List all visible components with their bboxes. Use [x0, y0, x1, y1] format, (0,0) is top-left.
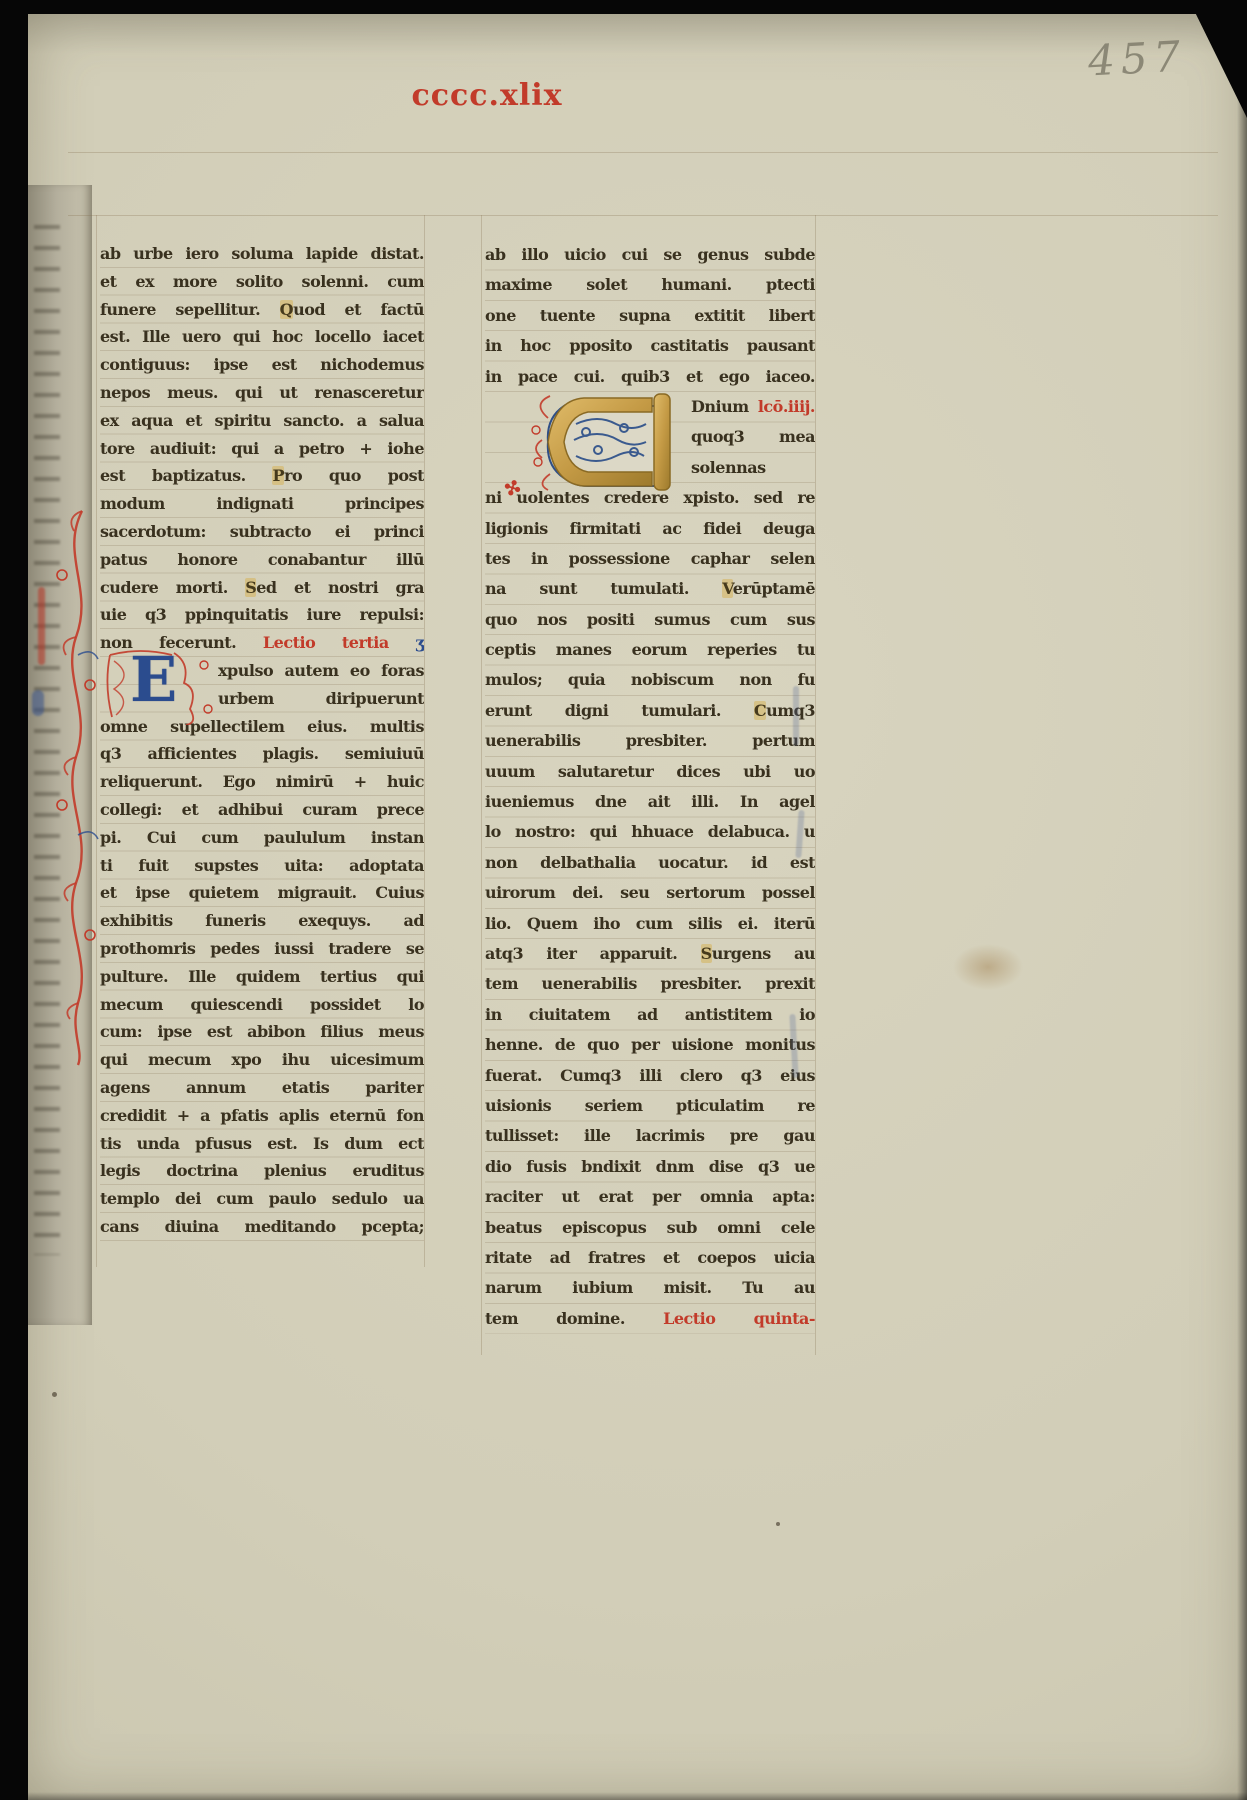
body-text: uenerabilis presbiter. pertum	[485, 731, 815, 750]
text-line: reliquerunt. Ego nimirū + huic	[100, 768, 424, 796]
text-line: cudere morti. Sed et nostri gra	[100, 574, 424, 602]
body-text: tem uenerabilis presbiter. prexit	[485, 974, 815, 993]
text-line: henne. de quo per uisione monitus	[485, 1030, 815, 1060]
body-text: collegi: et adhibui curam prece	[100, 800, 424, 819]
text-line: raciter ut erat per omnia apta:	[485, 1182, 815, 1212]
body-text: uie q3 ppinquitatis iure repulsi:	[100, 605, 424, 624]
text-line: mecum quiescendi possidet lo	[100, 991, 424, 1019]
text-line: funere sepellitur. Quod et factū	[100, 296, 424, 324]
text-line: q3 afficientes plagis. semiuiuū	[100, 740, 424, 768]
body-text: uuum salutaretur dices ubi uo	[485, 762, 815, 781]
gold-touched-capital: C	[754, 701, 766, 720]
body-text: quo nos positi sumus cum sus	[485, 610, 815, 629]
text-line: ti fuit supstes uita: adoptata	[100, 852, 424, 880]
rubric-text: Lectio tertia	[263, 633, 415, 652]
ruling-line-vertical	[424, 215, 425, 1267]
text-line: atq3 iter apparuit. Surgens au	[485, 939, 815, 969]
body-text: ab urbe iero soluma lapide distat.	[100, 244, 424, 263]
body-text: na sunt tumulati.	[485, 579, 722, 598]
text-line: iueniemus dne ait illi. In agel	[485, 787, 815, 817]
text-line: sacerdotum: subtracto ei princi	[100, 518, 424, 546]
initial-letter: E	[130, 649, 177, 711]
folio-heading-roman-numeral: cccc.xlix	[411, 78, 562, 113]
illuminated-initial-E-gold	[528, 390, 698, 494]
text-line: et ipse quietem migrauit. Cuius	[100, 879, 424, 907]
body-text: credidit + a pfatis aplis eternū fon	[100, 1106, 424, 1125]
body-text: est. Ille uero qui hoc locello iacet	[100, 327, 424, 346]
body-text: funere sepellitur.	[100, 300, 280, 319]
text-line: na sunt tumulati. Verūptamē	[485, 574, 815, 604]
text-line: ab urbe iero soluma lapide distat.	[100, 240, 424, 268]
body-text: sacerdotum: subtracto ei princi	[100, 522, 424, 541]
body-text: dio fusis bndixit dnm dise q3 ue	[485, 1157, 815, 1176]
text-line: templo dei cum paulo sedulo ua	[100, 1185, 424, 1213]
text-line: ligionis firmitati ac fidei deuga	[485, 514, 815, 544]
text-line: tis unda pfusus est. Is dum ect	[100, 1130, 424, 1158]
text-line: cans diuina meditando pcepta;	[100, 1213, 424, 1241]
body-text: cum: ipse est abibon filius meus	[100, 1022, 424, 1041]
body-text: qui mecum xpo ihu uicesimum	[100, 1050, 424, 1069]
text-line: beatus episcopus sub omni cele	[485, 1213, 815, 1243]
illuminated-initial-E-blue: E	[104, 655, 220, 717]
body-text: uirorum dei. seu sertorum possel	[485, 883, 815, 902]
text-line: non delbathalia uocatur. id est	[485, 848, 815, 878]
page-edge-shadow	[28, 1792, 1247, 1800]
body-text: pi. Cui cum paululum instan	[100, 828, 424, 847]
text-line: exhibitis funeris exequys. ad	[100, 907, 424, 935]
text-line: quo nos positi sumus cum sus	[485, 605, 815, 635]
text-line: credidit + a pfatis aplis eternū fon	[100, 1102, 424, 1130]
body-text: tullisset: ille lacrimis pre gau	[485, 1126, 815, 1145]
body-text: erūptamē	[733, 579, 815, 598]
body-text: cudere morti.	[100, 578, 245, 597]
body-text: modum indignati principes	[100, 494, 424, 513]
blue-mark-smudge	[32, 690, 44, 716]
gold-touched-capital: P	[272, 466, 284, 485]
body-text: exhibitis funeris exequys. ad	[100, 911, 424, 930]
text-line: tore audiuit: qui a petro + iohe	[100, 435, 424, 463]
text-line: modum indignati principes	[100, 490, 424, 518]
body-text: prothomris pedes iussi tradere se	[100, 939, 424, 958]
body-text: est baptizatus.	[100, 466, 272, 485]
text-line: cum: ipse est abibon filius meus	[100, 1018, 424, 1046]
text-line: et ex more solito solenni. cum	[100, 268, 424, 296]
body-text: lo nostro: qui hhuace delabuca. u	[485, 822, 815, 841]
body-text: et ipse quietem migrauit. Cuius	[100, 883, 424, 902]
body-text: ligionis firmitati ac fidei deuga	[485, 519, 815, 538]
text-line: mulos; quia nobiscum non fu	[485, 665, 815, 695]
ruling-line-horizontal	[68, 152, 1218, 153]
body-text: tore audiuit: qui a petro + iohe	[100, 439, 424, 458]
text-line: agens annum etatis pariter	[100, 1074, 424, 1102]
body-text: in hoc pposito castitatis pausant	[485, 336, 815, 355]
ruling-line-horizontal	[68, 215, 1218, 216]
body-text: in ciuitatem ad antistitem io	[485, 1005, 815, 1024]
body-text: uisionis seriem pticulatim re	[485, 1096, 815, 1115]
body-text: quoq3 mea ethua	[691, 427, 815, 452]
ink-speck	[52, 1392, 57, 1397]
body-text: urgens au	[712, 944, 815, 963]
body-text: tis unda pfusus est. Is dum ect	[100, 1134, 424, 1153]
text-line: est baptizatus. Pro quo post	[100, 462, 424, 490]
text-line: est. Ille uero qui hoc locello iacet	[100, 323, 424, 351]
parchment-page: cccc.xlix 457 ab urbe iero soluma lapide…	[28, 14, 1247, 1800]
text-line: lio. Quem iho cum silis ei. iterū	[485, 909, 815, 939]
text-line: uisionis seriem pticulatim re	[485, 1091, 815, 1121]
text-line: uuum salutaretur dices ubi uo	[485, 757, 815, 787]
body-text: reliquerunt. Ego nimirū + huic	[100, 772, 424, 791]
gold-touched-capital: S	[245, 578, 256, 597]
red-mark-smudge	[38, 587, 45, 665]
parchment-stain	[953, 944, 1023, 990]
body-text: nepos meus. qui ut renasceretur	[100, 383, 424, 402]
body-text: erunt digni tumulari.	[485, 701, 754, 720]
body-text: urbem diripuerunt	[218, 689, 424, 708]
text-line: qui mecum xpo ihu uicesimum	[100, 1046, 424, 1074]
body-text: non delbathalia uocatur. id est	[485, 853, 815, 872]
text-line: dio fusis bndixit dnm dise q3 ue	[485, 1152, 815, 1182]
gold-touched-capital: Q	[280, 300, 293, 319]
text-line: in hoc pposito castitatis pausant	[485, 331, 815, 361]
body-text: legis doctrina plenius eruditus	[100, 1161, 424, 1180]
text-line: ex aqua et spiritu sancto. a salua	[100, 407, 424, 435]
body-text: maxime solet humani. ptecti	[485, 275, 815, 294]
body-text: ex aqua et spiritu sancto. a salua	[100, 411, 424, 430]
blue-ink-smudge	[793, 686, 799, 746]
text-line: tes in possessione caphar selen	[485, 544, 815, 574]
text-line: patus honore conabantur illū	[100, 546, 424, 574]
page-edge-shadow	[1237, 14, 1247, 1800]
body-text: pulture. Ille quidem tertius qui	[100, 967, 424, 986]
body-text: lio. Quem iho cum silis ei. iterū	[485, 914, 815, 933]
rubric-text: Lectio quinta-	[663, 1309, 815, 1328]
text-line: narum iubium misit. Tu au	[485, 1273, 815, 1303]
text-line: uirorum dei. seu sertorum possel	[485, 878, 815, 908]
red-vine-flourish	[48, 505, 104, 1071]
body-text: atq3 iter apparuit.	[485, 944, 701, 963]
body-text: ceptis manes eorum reperies tu	[485, 640, 815, 659]
text-line: erunt digni tumulari. Cumq3	[485, 696, 815, 726]
body-text: raciter ut erat per omnia apta:	[485, 1187, 815, 1206]
text-line: ceptis manes eorum reperies tu	[485, 635, 815, 665]
body-text: in pace cui. quib3 et ego iaceo.	[485, 367, 815, 386]
body-text: ro quo post	[284, 466, 424, 485]
gold-touched-capital: V	[722, 579, 732, 598]
body-text: umq3	[766, 701, 815, 720]
text-column-left: ab urbe iero soluma lapide distat.et ex …	[100, 240, 424, 1241]
body-text: ed et nostri gra	[256, 578, 424, 597]
text-line: collegi: et adhibui curam prece	[100, 796, 424, 824]
text-line: one tuente supna extitit libert	[485, 301, 815, 331]
body-text: tem domine.	[485, 1309, 663, 1328]
text-line: tem domine. Lectio quinta-	[485, 1304, 815, 1334]
body-text: fuerat. Cumq3 illi clero q3 eius	[485, 1066, 815, 1085]
body-text: templo dei cum paulo sedulo ua	[100, 1189, 424, 1208]
text-line: tullisset: ille lacrimis pre gau	[485, 1121, 815, 1151]
body-text: iueniemus dne ait illi. In agel	[485, 792, 815, 811]
ruling-line-vertical	[481, 215, 482, 1355]
dark-corner-backdrop	[1189, 0, 1247, 118]
text-line: uie q3 ppinquitatis iure repulsi:	[100, 601, 424, 629]
body-text: cans diuina meditando pcepta;	[100, 1217, 424, 1236]
body-text: mecum quiescendi possidet lo	[100, 995, 424, 1014]
body-text: patus honore conabantur illū	[100, 550, 424, 569]
body-text: mulos; quia nobiscum non fu	[485, 670, 815, 689]
paraph-mark-icon: ʒ	[415, 633, 424, 652]
body-text: solennas pmogenit	[691, 458, 772, 483]
gold-touched-capital: S	[701, 944, 712, 963]
body-text: Dnium	[691, 397, 758, 416]
body-text: beatus episcopus sub omni cele	[485, 1218, 815, 1237]
text-line: contiguus: ipse est nichodemus	[100, 351, 424, 379]
text-line: maxime solet humani. ptecti	[485, 270, 815, 300]
text-line: in ciuitatem ad antistitem io	[485, 1000, 815, 1030]
body-text: ti fuit supstes uita: adoptata	[100, 856, 424, 875]
rubric-text: lcō.iiij.	[758, 397, 815, 416]
body-text: xpulso autem eo foras	[218, 661, 424, 680]
text-line: fuerat. Cumq3 illi clero q3 eius	[485, 1061, 815, 1091]
body-text: ab illo uicio cui se genus subde	[485, 245, 815, 264]
ink-speck	[776, 1522, 780, 1526]
text-line: in pace cui. quib3 et ego iaceo.	[485, 362, 815, 392]
body-text: agens annum etatis pariter	[100, 1078, 424, 1097]
ruling-line-vertical	[815, 215, 816, 1355]
body-text: henne. de quo per uisione monitus	[485, 1035, 815, 1054]
text-line: prothomris pedes iussi tradere se	[100, 935, 424, 963]
body-text: one tuente supna extitit libert	[485, 306, 815, 325]
text-line: nepos meus. qui ut renasceretur	[100, 379, 424, 407]
text-line: legis doctrina plenius eruditus	[100, 1157, 424, 1185]
manuscript-scan: cccc.xlix 457 ab urbe iero soluma lapide…	[0, 0, 1247, 1800]
text-line: ab illo uicio cui se genus subde	[485, 240, 815, 270]
text-line: tem uenerabilis presbiter. prexit	[485, 969, 815, 999]
body-text: contiguus: ipse est nichodemus	[100, 355, 424, 374]
body-text: q3 afficientes plagis. semiuiuū	[100, 744, 424, 763]
text-line: pi. Cui cum paululum instan	[100, 824, 424, 852]
text-line: lo nostro: qui hhuace delabuca. u	[485, 817, 815, 847]
text-line: ritate ad fratres et coepos uicia	[485, 1243, 815, 1273]
body-text: uod et factū	[293, 300, 424, 319]
text-line: uenerabilis presbiter. pertum	[485, 726, 815, 756]
text-line: pulture. Ille quidem tertius qui	[100, 963, 424, 991]
pencil-folio-number: 457	[1087, 31, 1188, 85]
body-text: tes in possessione caphar selen	[485, 549, 815, 568]
body-text: narum iubium misit. Tu au	[485, 1278, 815, 1297]
body-text: ritate ad fratres et coepos uicia	[485, 1248, 815, 1267]
body-text: et ex more solito solenni. cum	[100, 272, 424, 291]
